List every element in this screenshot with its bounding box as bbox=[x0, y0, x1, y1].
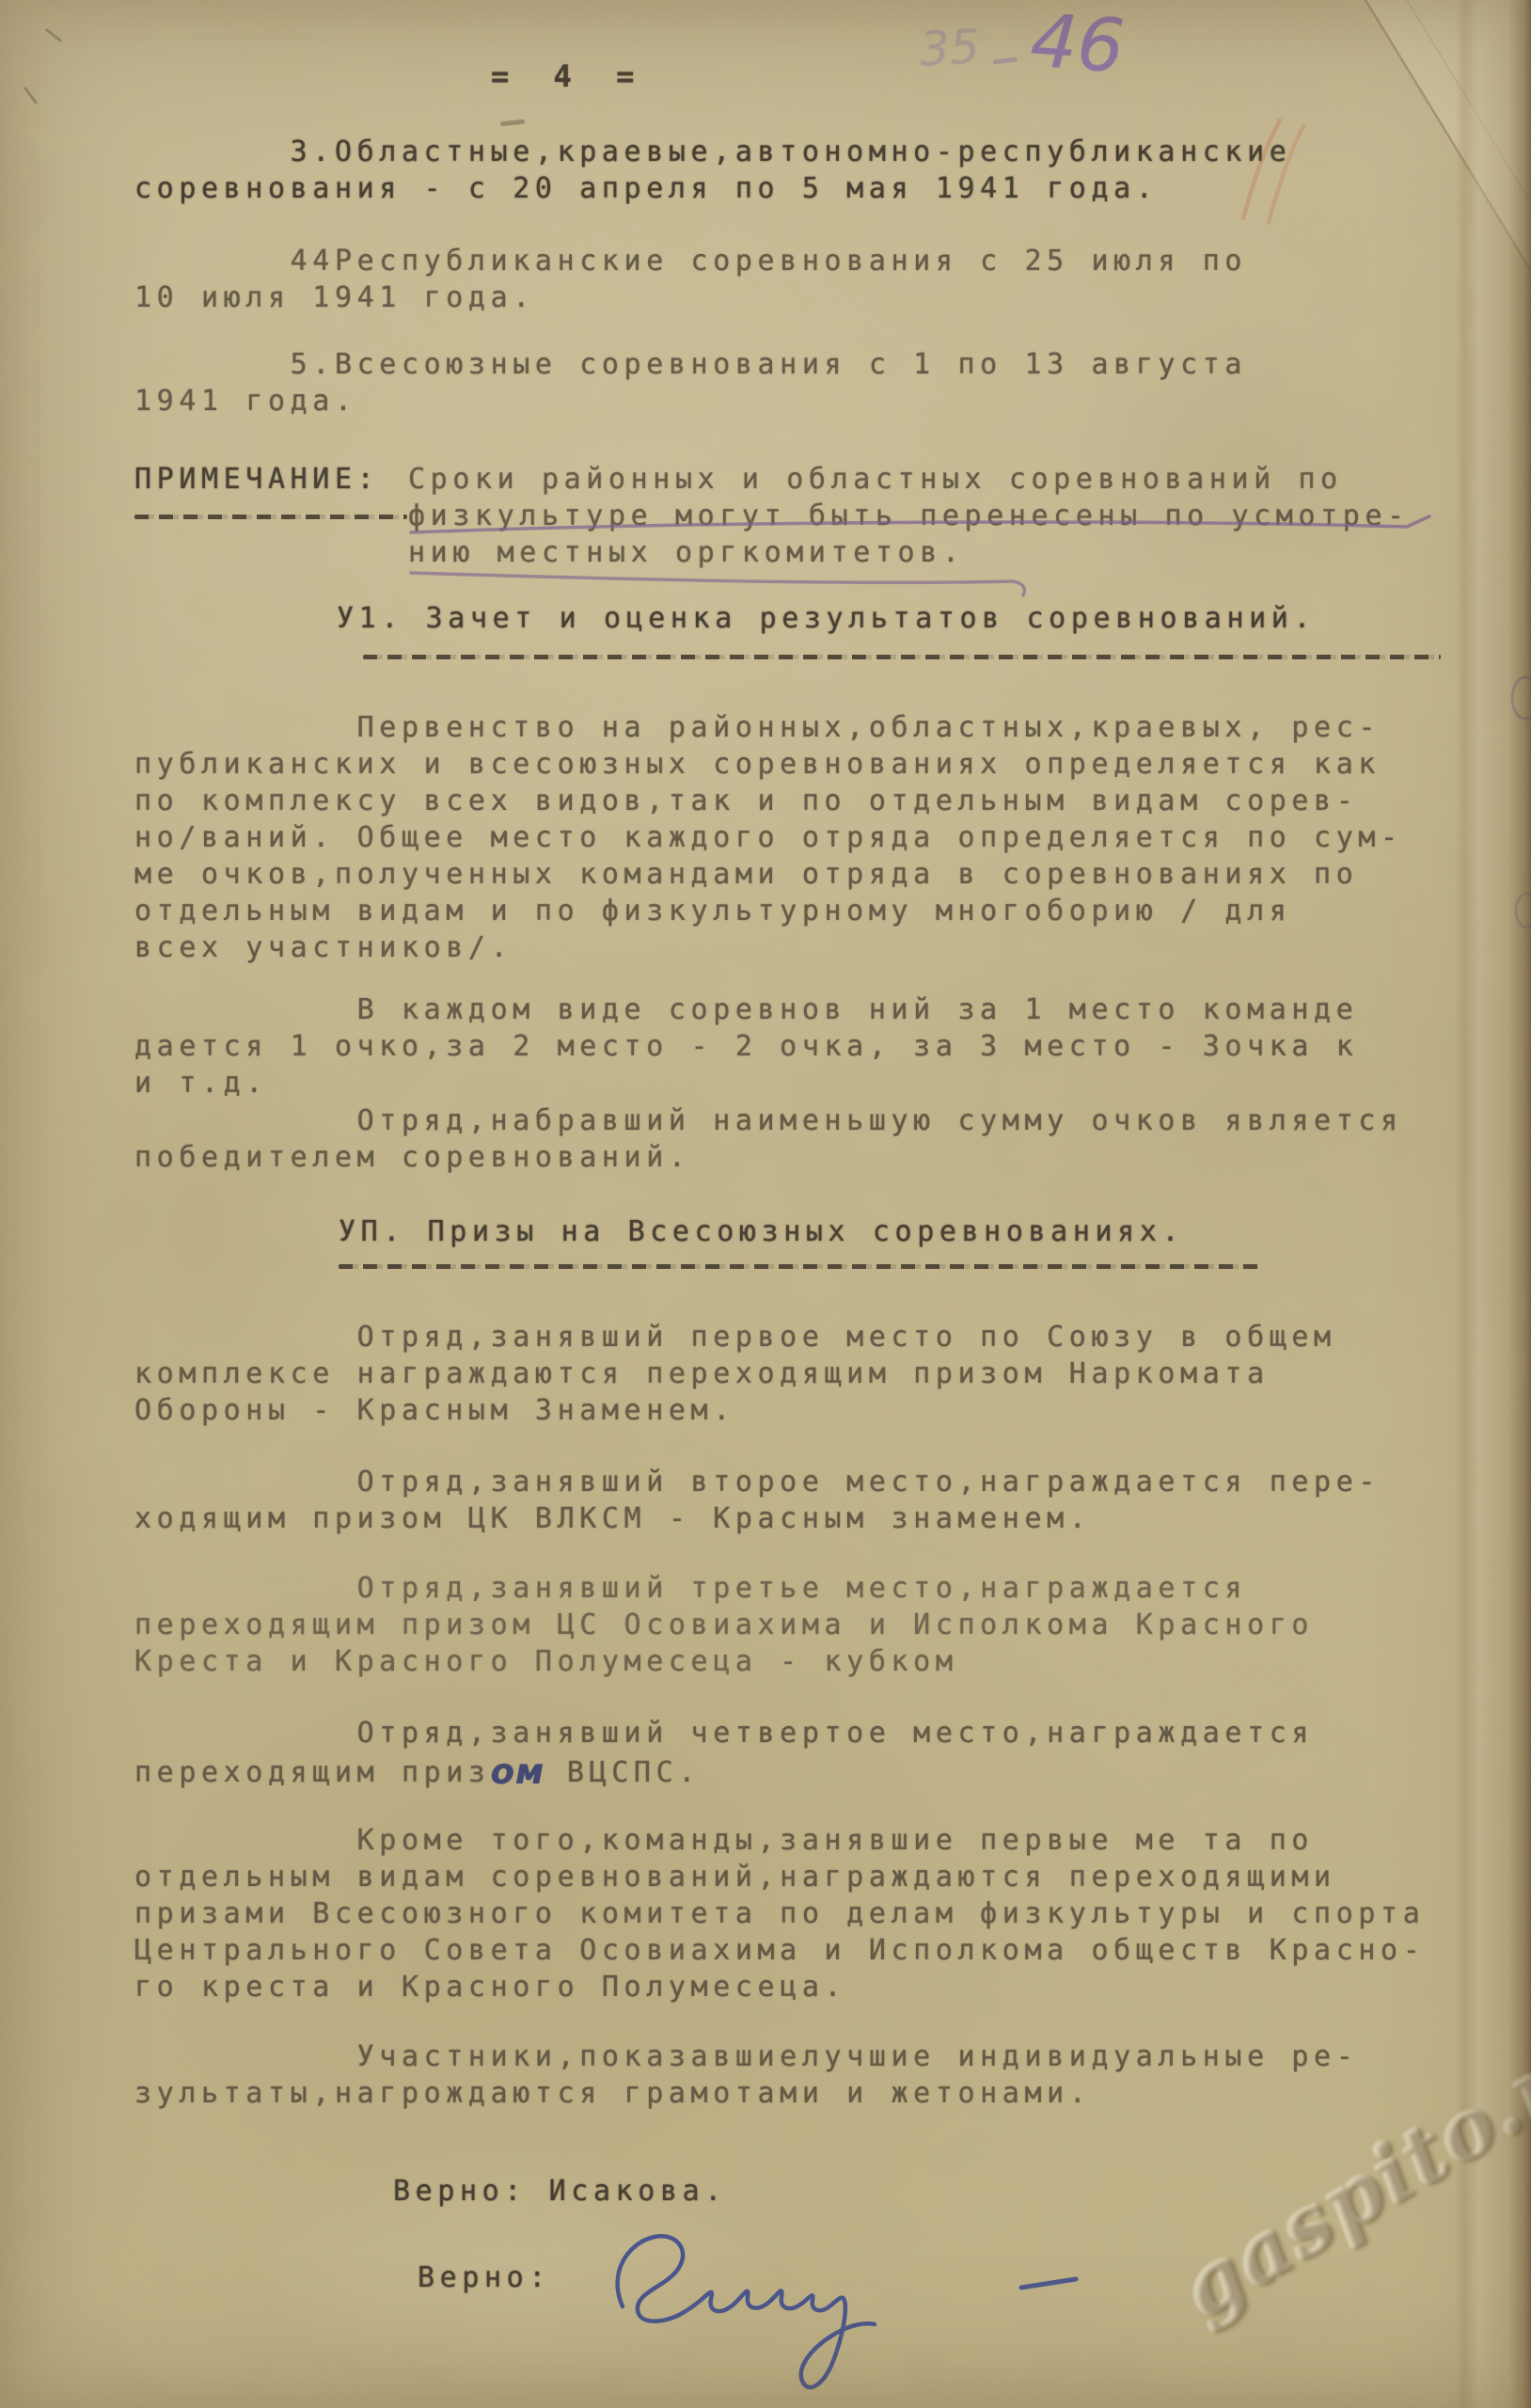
note-text: Сроки районных и областных соревнований … bbox=[408, 461, 1410, 571]
handwritten-signature bbox=[618, 2236, 875, 2387]
fourth-place-typed-post: ВЦСПС. bbox=[545, 1756, 701, 1789]
page-number: = 4 = bbox=[491, 58, 647, 95]
signature-trailing-dash bbox=[1021, 2279, 1076, 2288]
heading-vii-underline bbox=[339, 1264, 1258, 1269]
paragraph-points-system: В каждом виде соревнов ний за 1 место ко… bbox=[134, 991, 1358, 1101]
handwritten-ink-correction: ом bbox=[491, 1751, 545, 1792]
item-union-competitions: 5.Всесоюзные соревнования с 1 по 13 авгу… bbox=[134, 346, 1247, 420]
note-label: ПРИМЕЧАНИЕ: bbox=[134, 461, 379, 498]
paragraph-first-place-prize: Отряд,занявший первое место по Союзу в о… bbox=[134, 1319, 1336, 1429]
paragraph-team-prizes: Кроме того,команды,занявшие первые ме та… bbox=[134, 1822, 1425, 2005]
margin-pencil-faint-number: 35 bbox=[919, 19, 982, 76]
scanned-document-page: = 4 = 35 46 3.Областные,краевые,автономн… bbox=[0, 0, 1531, 2408]
corner-specks bbox=[25, 30, 60, 103]
paragraph-individual-awards: Участники,показавшиелучшие индивидуальны… bbox=[134, 2038, 1358, 2112]
fourth-place-line2: переходящим призом ВЦСПС. bbox=[134, 1751, 1314, 1791]
paragraph-second-place-prize: Отряд,занявший второе место,награждается… bbox=[134, 1464, 1381, 1537]
paragraph-third-place-prize: Отряд,занявший третье место,награждается… bbox=[134, 1570, 1314, 1680]
paragraph-scoring-rules: Первенство на районных,областных,краевых… bbox=[134, 709, 1403, 966]
section-heading-vii: УП. Призы на Всесоюзных соревнованиях. bbox=[339, 1213, 1184, 1250]
margin-pencil-dash bbox=[993, 56, 1018, 65]
note-label-underline bbox=[134, 515, 407, 519]
heading-vi-underline bbox=[363, 655, 1441, 659]
paragraph-fourth-place-prize: Отряд,занявший четвертое место,награждае… bbox=[134, 1715, 1314, 1791]
item-republican-competitions: 44Республиканские соревнования с 25 июля… bbox=[134, 243, 1247, 316]
certification-line-typed: Верно: Исакова. bbox=[393, 2173, 727, 2210]
certification-line-signed: Верно: bbox=[418, 2259, 551, 2296]
fourth-place-typed-pre: переходящим приз bbox=[134, 1756, 491, 1789]
margin-pencil-number: 46 bbox=[1028, 0, 1127, 89]
section-heading-vi: У1. Зачет и оценка результатов соревнова… bbox=[337, 600, 1316, 637]
stray-dash-mark bbox=[500, 119, 525, 127]
paragraph-winner-rule: Отряд,набравший наименьшую сумму очков я… bbox=[134, 1102, 1403, 1176]
pen-underline-note-2 bbox=[411, 573, 1024, 595]
item-regional-competitions: 3.Областные,краевые,автономно-республика… bbox=[134, 134, 1291, 207]
fourth-place-line1: Отряд,занявший четвертое место,награждае… bbox=[134, 1715, 1314, 1751]
